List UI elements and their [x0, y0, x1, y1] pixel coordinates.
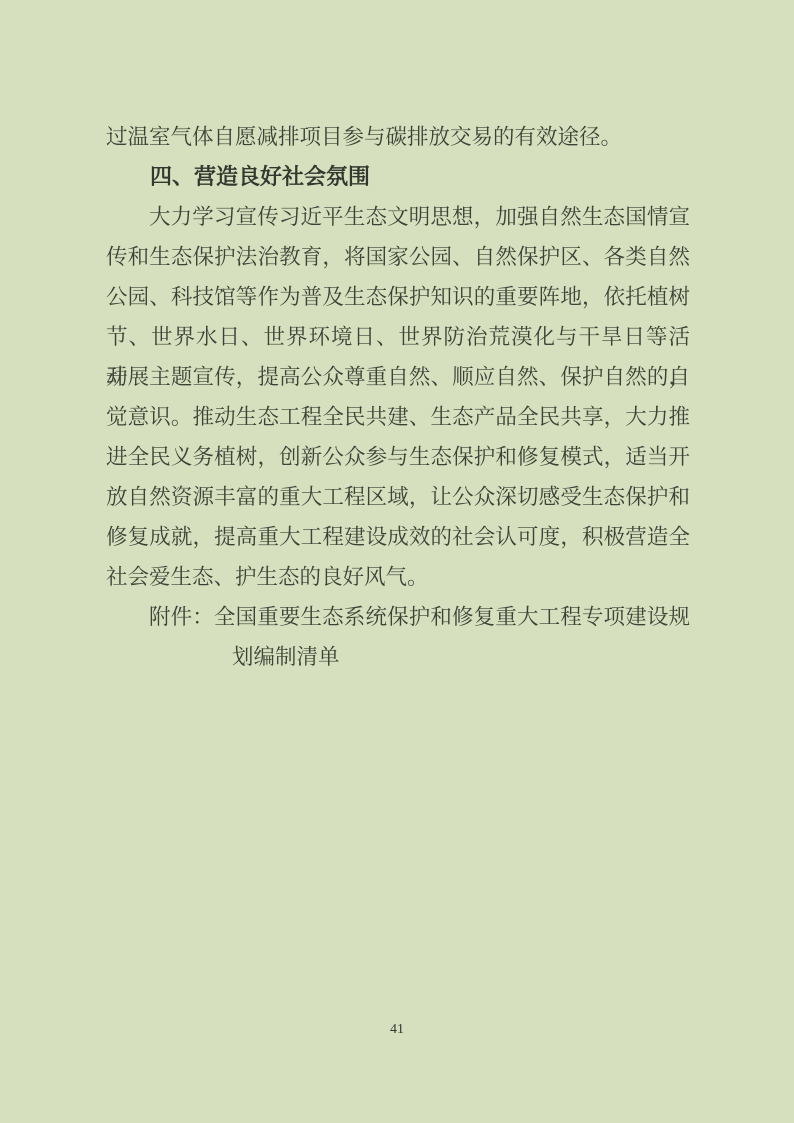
body-line: 节、世界水日、世界环境日、世界防治荒漠化与干旱日等活动， [106, 317, 690, 357]
document-page: 过温室气体自愿减排项目参与碳排放交易的有效途径。 四、营造良好社会氛围 大力学习… [0, 0, 794, 1123]
section-heading: 四、营造良好社会氛围 [106, 157, 690, 197]
body-line: 进全民义务植树，创新公众参与生态保护和修复模式，适当开 [106, 437, 690, 477]
text-block: 过温室气体自愿减排项目参与碳排放交易的有效途径。 四、营造良好社会氛围 大力学习… [106, 117, 690, 677]
body-line: 公园、科技馆等作为普及生态保护知识的重要阵地，依托植树 [106, 277, 690, 317]
body-line: 开展主题宣传，提高公众尊重自然、顺应自然、保护自然的自 [106, 357, 690, 397]
body-line: 觉意识。推动生态工程全民共建、生态产品全民共享，大力推 [106, 397, 690, 437]
attachment-line: 附件：全国重要生态系统保护和修复重大工程专项建设规 [106, 597, 690, 637]
body-line: 放自然资源丰富的重大工程区域，让公众深切感受生态保护和 [106, 477, 690, 517]
body-line: 修复成就，提高重大工程建设成效的社会认可度，积极营造全 [106, 517, 690, 557]
paragraph-end-line: 社会爱生态、护生态的良好风气。 [106, 557, 690, 597]
page-number: 41 [0, 1022, 794, 1038]
attachment-continuation: 划编制清单 [106, 637, 690, 677]
paragraph-continuation-line: 过温室气体自愿减排项目参与碳排放交易的有效途径。 [106, 117, 690, 157]
body-line: 传和生态保护法治教育，将国家公园、自然保护区、各类自然 [106, 237, 690, 277]
body-line: 大力学习宣传习近平生态文明思想，加强自然生态国情宣 [106, 197, 690, 237]
